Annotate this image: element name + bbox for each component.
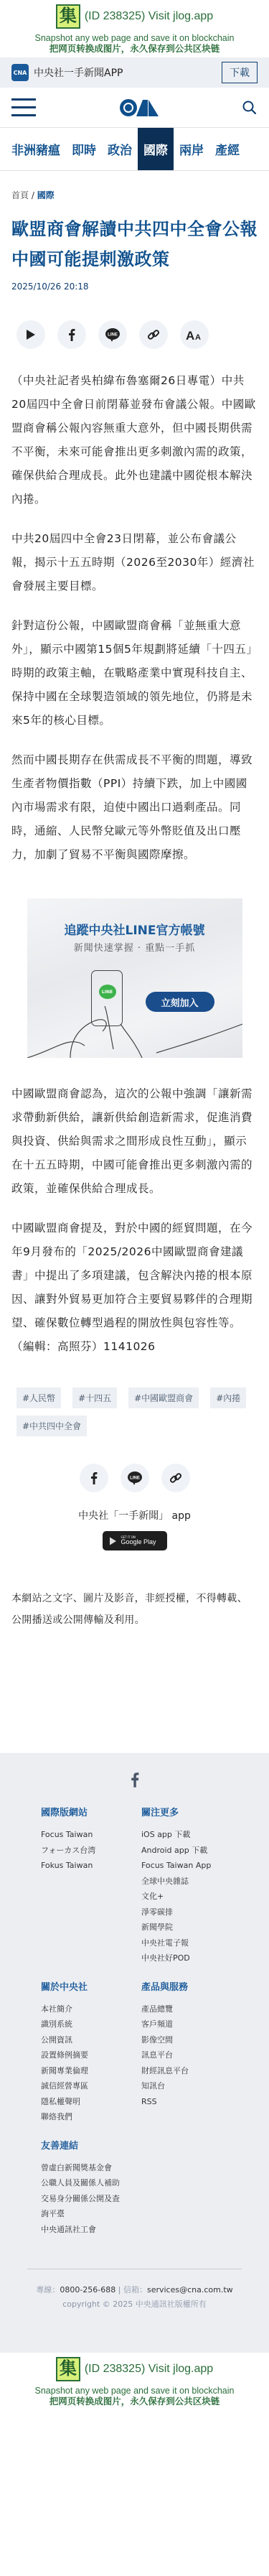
- footer-link[interactable]: 新聞學院: [141, 1920, 242, 1935]
- footer-link[interactable]: 曾虛白新聞獎基金會: [41, 2160, 123, 2176]
- search-icon[interactable]: [242, 100, 258, 116]
- line-icon: LINE: [127, 1471, 143, 1485]
- cna-app-icon: CNA: [11, 64, 29, 81]
- contact-separator: |: [115, 2285, 123, 2294]
- footer-link[interactable]: Focus Taiwan: [41, 1827, 141, 1843]
- site-header: [0, 88, 269, 128]
- article-paragraph: 然而中國長期存在供需成長不平衡的問題，導致生產者物價指數（PPI）持續下跌，加上…: [11, 748, 258, 867]
- footer-col-title: 產品與服務: [141, 1979, 242, 1993]
- copyright-notice: 本網站之文字、圖片及影音，非經授權，不得轉載、公開播送或公開傳輸及利用。: [11, 1588, 258, 1631]
- footer-col-follow-more: 關注更多 iOS app 下載 Android app 下載 Focus Tai…: [141, 1805, 242, 1966]
- svg-text:LINE: LINE: [130, 1477, 140, 1481]
- cna-logo[interactable]: [119, 98, 159, 118]
- footer-col-about: 關於中央社 本社簡介 識別系統 公開資訊 設置條例摘要 新聞專業倫理 誠信經營專…: [41, 1979, 141, 2125]
- footer-col-title: 國際版網站: [41, 1805, 141, 1818]
- article-date: 2025/10/26 20:18: [11, 282, 258, 292]
- footer-col-title: 友善連結: [41, 2138, 141, 2152]
- tag-fourth-plenum[interactable]: #中共四中全會: [16, 1415, 87, 1436]
- link-icon: [147, 328, 160, 341]
- footer-link[interactable]: 訊息平台: [141, 2047, 242, 2063]
- bottom-share-toolbar: LINE: [11, 1464, 258, 1492]
- footer-link[interactable]: Fokus Taiwan: [41, 1858, 141, 1874]
- footer-link[interactable]: Focus Taiwan App: [141, 1858, 242, 1874]
- footer-col-international: 國際版網站 Focus Taiwan フォーカス台湾 Fokus Taiwan: [41, 1805, 141, 1966]
- font-size-button[interactable]: AA: [180, 320, 209, 349]
- svg-text:A: A: [195, 333, 201, 340]
- jlog-tagline-en: Snapshot any web page and save it on blo…: [0, 2386, 269, 2396]
- app-promo-label: 中央社「一手新聞」 app: [11, 1508, 258, 1522]
- footer-link[interactable]: 公開資訊: [41, 2032, 141, 2048]
- site-footer: 國際版網站 Focus Taiwan フォーカス台湾 Fokus Taiwan …: [0, 1753, 269, 2353]
- svg-text:LINE: LINE: [108, 333, 118, 338]
- breadcrumb-current[interactable]: 國際: [37, 190, 55, 200]
- footer-link[interactable]: 文化+: [141, 1889, 242, 1905]
- footer-col-friendly-links: 友善連結 曾虛白新聞獎基金會 公職人員及關係人補助交易身分關係公開及查詢平臺 中…: [41, 2138, 141, 2238]
- jlog-tagline-zh: 把网页转换成图片，永久保存到公共区块链: [0, 2396, 269, 2407]
- jlog-id-text[interactable]: (ID 238325) Visit jlog.app: [85, 10, 213, 23]
- nav-item-economy[interactable]: 產經: [209, 128, 245, 170]
- article-title: 歐盟商會解讀中共四中全會公報 中國可能提刺激政策: [11, 214, 258, 274]
- nav-item-latest[interactable]: 即時: [66, 128, 102, 170]
- jlog-logo-icon: 集: [56, 2357, 80, 2381]
- breadcrumb-separator: /: [29, 190, 37, 200]
- jlog-banner-top: 集 (ID 238325) Visit jlog.app Snapshot an…: [0, 0, 269, 57]
- app-title: 中央社一手新聞APP: [34, 65, 222, 80]
- footer-link[interactable]: 新聞專業倫理: [41, 2063, 141, 2079]
- facebook-icon: [90, 1471, 98, 1484]
- join-now-button[interactable]: 立刻加入: [146, 992, 214, 1012]
- email-address[interactable]: services@cna.com.tw: [147, 2285, 233, 2294]
- breadcrumb: 首頁 / 國際: [11, 189, 258, 201]
- gplay-big-text: Google Play: [121, 1539, 156, 1545]
- footer-link[interactable]: 識別系統: [41, 2017, 141, 2032]
- email-label: 信箱：: [123, 2285, 147, 2294]
- font-size-icon: AA: [185, 329, 204, 340]
- footer-contact: 專線：0800-256-688 | 信箱：services@cna.com.tw: [0, 2284, 269, 2295]
- nav-item-international[interactable]: 國際: [138, 128, 174, 170]
- footer-link[interactable]: 誠信經營專區: [41, 2078, 141, 2094]
- footer-link[interactable]: iOS app 下載: [141, 1827, 242, 1843]
- footer-link[interactable]: 中央社電子報: [141, 1935, 242, 1951]
- footer-link[interactable]: 公職人員及關係人補助交易身分關係公開及查詢平臺: [41, 2175, 123, 2222]
- footer-link[interactable]: 財經訊息平台: [141, 2063, 242, 2079]
- facebook-icon: [131, 1772, 139, 1787]
- jlog-logo-icon: 集: [56, 4, 80, 29]
- article-paragraph: 中國歐盟商會認為，這次的公報中強調「讓新需求帶動新供給，讓新供給創造新需求，促進…: [11, 1082, 258, 1201]
- line-official-account-ad[interactable]: 追蹤中央社LINE官方帳號 新聞快速掌握 · 重點一手抓 LINE 立刻加入: [27, 898, 242, 1058]
- article-paragraph: 中共20屆四中全會23日閉幕，並公布會議公報，揭示十五五時期（2026至2030…: [11, 527, 258, 598]
- phone-number[interactable]: 0800-256-688: [60, 2285, 115, 2294]
- svg-text:A: A: [186, 329, 194, 340]
- app-download-bar: CNA 中央社一手新聞APP 下載: [0, 57, 269, 88]
- download-button[interactable]: 下載: [222, 62, 258, 83]
- footer-link[interactable]: 影像空間: [141, 2032, 242, 2048]
- footer-link[interactable]: 全球中央雜誌: [141, 1874, 242, 1889]
- tag-list: #人民幣 #十四五 #中國歐盟商會 #內捲 #中共四中全會: [11, 1387, 258, 1436]
- line-icon: LINE: [105, 327, 121, 342]
- share-toolbar: LINE AA: [11, 320, 258, 349]
- footer-link[interactable]: 中央社好POD: [141, 1950, 242, 1966]
- hand-illustration: [27, 898, 242, 1058]
- line-share-button[interactable]: LINE: [98, 320, 127, 349]
- breadcrumb-home[interactable]: 首頁: [11, 190, 29, 200]
- footer-link[interactable]: フォーカス台湾: [41, 1843, 141, 1859]
- cna-logo-icon: [119, 98, 159, 118]
- play-audio-button[interactable]: [16, 320, 45, 349]
- jlog-banner-bottom: 集 (ID 238325) Visit jlog.app Snapshot an…: [0, 2353, 269, 2410]
- footer-link[interactable]: 知訊台: [141, 2078, 242, 2094]
- google-play-icon: [109, 1537, 117, 1545]
- footer-link[interactable]: RSS: [141, 2094, 242, 2110]
- facebook-share-button[interactable]: [57, 320, 86, 349]
- footer-link[interactable]: 本社簡介: [41, 2001, 141, 2017]
- article: 首頁 / 國際 歐盟商會解讀中共四中全會公報 中國可能提刺激政策 2025/10…: [0, 189, 269, 1631]
- footer-col-title: 關於中央社: [41, 1979, 141, 1993]
- footer-facebook-link[interactable]: [0, 1772, 269, 1787]
- nav-item-cross-strait[interactable]: 兩岸: [174, 128, 209, 170]
- line-share-button[interactable]: LINE: [121, 1464, 149, 1492]
- facebook-icon: [68, 328, 75, 341]
- link-icon: [169, 1471, 182, 1484]
- footer-link[interactable]: 淨零碳排: [141, 1905, 242, 1920]
- nav-item-african-swine-fever[interactable]: 非洲豬瘟: [6, 128, 66, 170]
- footer-col-products: 產品與服務 產品總覽 客戶頻道 影像空間 訊息平台 財經訊息平台 知訊台 RSS: [141, 1979, 242, 2125]
- footer-copyright: copyright © 2025 中央通訊社版權所有: [0, 2298, 269, 2310]
- footer-link[interactable]: 客戶頻道: [141, 2017, 242, 2032]
- footer-link[interactable]: 聯絡我們: [41, 2109, 141, 2125]
- tag-renminbi[interactable]: #人民幣: [16, 1387, 61, 1408]
- article-paragraph: 針對這份公報，中國歐盟商會稱「並無重大意外」，顯示中國第15個5年規劃將延續「十…: [11, 614, 258, 733]
- tag-14th-five-year[interactable]: #十四五: [72, 1387, 117, 1408]
- jlog-tagline-zh: 把网页转换成图片，永久保存到公共区块链: [0, 43, 269, 54]
- nav-item-politics[interactable]: 政治: [102, 128, 138, 170]
- footer-link[interactable]: 隱私權聲明: [41, 2094, 141, 2110]
- copy-link-button[interactable]: [139, 320, 168, 349]
- copy-link-button[interactable]: [161, 1464, 190, 1492]
- google-play-badge[interactable]: GET IT ON Google Play: [103, 1531, 167, 1550]
- play-icon: [26, 329, 36, 340]
- footer-link[interactable]: 設置條例摘要: [41, 2047, 141, 2063]
- facebook-share-button[interactable]: [80, 1464, 108, 1492]
- article-paragraph: 中國歐盟商會提及，對於中國的經貿問題，在今年9月發布的「2025/2026中國歐…: [11, 1217, 258, 1359]
- footer-link[interactable]: Android app 下載: [141, 1843, 242, 1859]
- footer-divider: [27, 2269, 242, 2269]
- category-nav: 非洲豬瘟 即時 政治 國際 兩岸 產經: [0, 128, 269, 171]
- tag-involution[interactable]: #內捲: [210, 1387, 246, 1408]
- article-paragraph: （中央社記者吳柏緯布魯塞爾26日專電）中共20屆四中全會日前閉幕並發布會議公報。…: [11, 369, 258, 511]
- hamburger-menu-icon[interactable]: [11, 98, 36, 116]
- footer-col-title: 關注更多: [141, 1805, 242, 1818]
- phone-label: 專線：: [36, 2285, 60, 2294]
- tag-eu-chamber[interactable]: #中國歐盟商會: [128, 1387, 199, 1408]
- jlog-tagline-en: Snapshot any web page and save it on blo…: [0, 33, 269, 43]
- footer-link[interactable]: 中央通訊社工會: [41, 2222, 123, 2238]
- jlog-id-text[interactable]: (ID 238325) Visit jlog.app: [85, 2363, 213, 2376]
- footer-link[interactable]: 產品總覽: [141, 2001, 242, 2017]
